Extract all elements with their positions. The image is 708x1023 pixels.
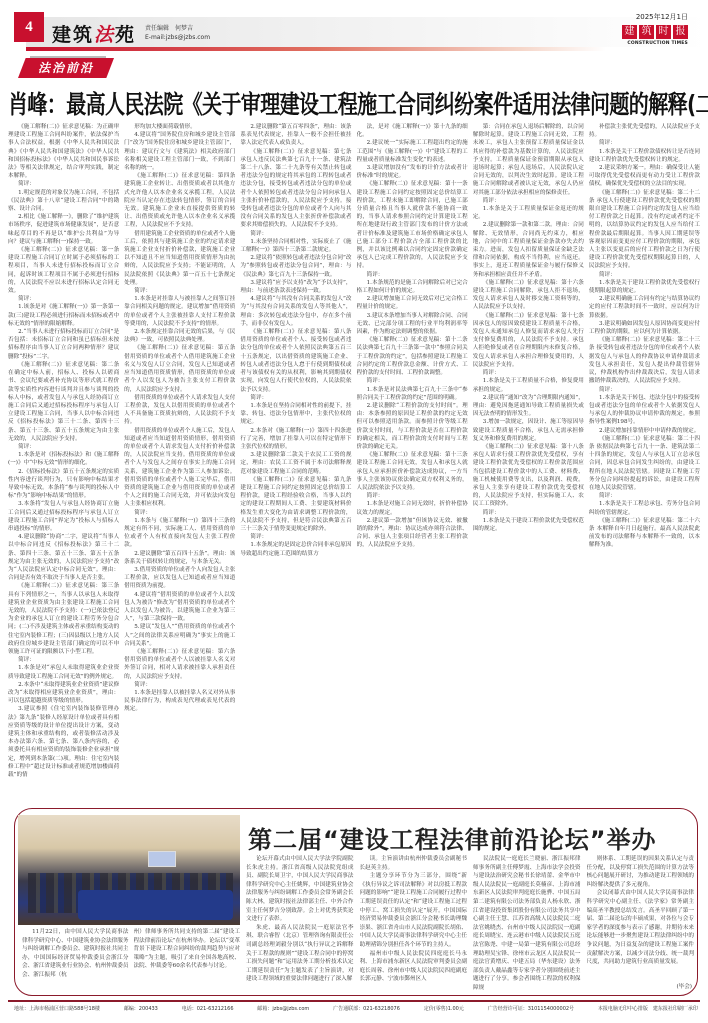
editor-info: 责任编辑 何梦吉 E-mail:jzbs@jzbs.com (145, 24, 210, 42)
caption-column: 州）律师事务所共同支持的第二届“建设工程法律前沿论坛”在杭州举办。论坛以“变革背… (134, 928, 241, 990)
section-title: 建筑法苑 (52, 20, 136, 47)
article-paragraph: 3.建议增加没有“发布的计价方法或者计价标准”时的规定。 (357, 164, 468, 180)
article-column: 第：合同在承包人退场后解除的，以合同解除时起算。建设工程施工合同无效，工程未竣工… (473, 123, 584, 778)
article-paragraph: 1.明定规范的对象仅为施工合同，不包括《民法典》第十八章“建设工程合同”中的勘察… (8, 189, 119, 214)
article-paragraph: 1.本条规范的是施工合同解除后对已完合格工程如何计价的规定。 (357, 279, 468, 295)
comment-label: 简评： (589, 139, 700, 147)
article-paragraph: 2.“当事人未进行招标投标而订立合同”是否包括：未招标订立合同和虽已招标但未按招… (8, 328, 119, 361)
article-paragraph: 《施工解释(二)》征求意见稿：第十六条 建设工程施工合同解除，承包人拒不退场，发… (473, 279, 584, 312)
article-paragraph: 4.建议将“与其没有合同关系的发包人”改为“与其没有合同关系的发包人等其他人”，… (240, 295, 351, 328)
forum-headline: 第二届“建设工程法律前沿论坛”举办 (248, 820, 657, 855)
photo-caption: 11月22日，由中国人民大学民商事法律科学研究中心、中国建筑业协会法律服务与纠纷… (22, 928, 240, 990)
article-body: 《施工解释(二)》征求意见稿：为正确审理建设工程施工合同纠纷案件，依法保护当事人… (8, 123, 700, 778)
article-paragraph: 2.建议删除“工程价款的支付时间”。理由：本条参照的原因是工程价款的约定无效但可… (357, 402, 468, 451)
comment-label: 简评： (124, 287, 235, 295)
article-column: 法，是对《施工解释(一)》第十九条的细化。2.建议统一“实际施工工程超出约定的施… (357, 123, 468, 778)
article-paragraph: 2.建议采纳方案一。理由：确保受让人能可取得优先受偿权而更有动力受让工程价款债权… (589, 164, 700, 189)
article-paragraph: 《施工解释(二)》征求意见稿：第二十六条 本解释自年月日起施行。最高人民法院此前… (589, 517, 700, 550)
comment-label: 简评： (589, 492, 700, 500)
article-paragraph: 《施工解释(二)》征求意见稿：第十二条 民法典第七百九十三条第一款中“参照合同关… (357, 336, 468, 377)
column-tag: 法治前沿 (18, 58, 114, 78)
comment-label: 简评： (473, 369, 584, 377)
section-title-part2: 苑 (115, 24, 136, 46)
article-paragraph: 2.本条中“未取得建筑业企业资质”建议修改为“未取得相应建筑业企业资质”，理由：… (8, 681, 119, 706)
forum-paragraph: 则体系、工期延误的因果关系认定与责任分配，以及停窝工损失范围的计算方法等核心问题… (587, 855, 695, 889)
article-paragraph: 《施工解释(二)》征求意见稿：第八条 借用资质的单位或者个人、接受转包或者违法分… (240, 328, 351, 394)
comment-label: 简评： (357, 377, 468, 385)
forum-column: 论坛开幕式由中国人民大学法学院副院长朱虎主持。浙江省高级人民法院党组成员、副院长… (246, 855, 354, 991)
article-paragraph: 1.本条与《施工解释(一)》第四十三条的规定有所不同，实际施工人、借用资质的单位… (124, 517, 235, 550)
article-paragraph: 1.本条是挂靠人以被挂靠人名义对外从事民事法律行为，构成表见代理或表见代表的规定… (124, 689, 235, 714)
article-paragraph: 1.本条是在坚持合同相对性的前提下，挂靠、转包、违法分包情形中，主张代位权的规定… (240, 402, 351, 427)
comment-label: 简评： (589, 271, 700, 279)
article-paragraph: 3.建议参照《住宅室内装饰装修管理办法》第九条“装修人经原设计单位或者具有相应资… (8, 705, 119, 778)
comment-label: 简评： (124, 681, 235, 689)
article-paragraph: 补偿款主张优先受偿的，人民法院应予支持。 (589, 123, 700, 139)
forum-paragraph: 主题分享环节分为三部分，围绕“新《执行异议之诉司法解释》对以房抵工程款问题的影响… (360, 872, 468, 949)
article-paragraph: 《施工解释(二)》征求意见稿：第十一条 建设工程施工合同约定按照固定总价结算工程… (357, 180, 468, 270)
article-paragraph: 借用资质的单位或者个人施工后，发包人知道或者应当知道借用资质情形，借用资质的单位… (124, 427, 235, 509)
logo-char: 报 (673, 25, 688, 39)
logo-char: 建 (622, 25, 637, 39)
article-paragraph: 1.本条是关于转包、违法分包中的接受转包或者违法分包的单位或者个人依据发包人与承… (589, 394, 700, 427)
article-paragraph: 《施工解释(二)》征求意见稿：第九条 建设工程施工合同约定按照固定总价结算工程价… (240, 476, 351, 533)
article-paragraph: 1.本条是对施工合同无效时，折价补偿协议效力的规定。 (357, 500, 468, 516)
comment-label: 简评： (240, 533, 351, 541)
forum-photo (18, 815, 240, 925)
article-paragraph: 3.建议明确如因发包人原因协商变更应付工程价款的期限，应以何为计算依据。 (589, 320, 700, 336)
article-paragraph: 3.建议删除第二款关于农民工工资的规定，理由：农民工工资不属于本司法解释规范对象… (240, 451, 351, 476)
article-paragraph: 借用资质的单位或者个人请求发包人支付工程价款，发包人以借用资质的单位或者个人不具… (124, 394, 235, 427)
article-paragraph: 《施工解释(二)》征求意见稿：第六条 借用资质的单位或者个人以被挂靠人名义对外签… (124, 648, 235, 681)
page-header: 4 建筑法苑 责任编辑 何梦吉 E-mail:jzbs@jzbs.com 202… (0, 0, 708, 60)
article-paragraph: 1.本条是关于工程总承包、劳务分包合同纠纷的管辖规定。 (589, 500, 700, 516)
article-paragraph: 1.该条是对《施工解释(一)》第一条第一款(三)建设工程必须进行招标而未招标或者… (8, 303, 119, 328)
comment-label: 简评： (8, 295, 119, 303)
forum-body: 论坛开幕式由中国人民大学法学院副院长朱虎主持。浙江省高级人民法院党组成员、副院长… (246, 855, 694, 991)
article-paragraph: 2.建议增加挂靠情形中申请仲裁的规定。 (589, 427, 700, 435)
editor-email: E-mail:jzbs@jzbs.com (145, 33, 210, 42)
article-column: 形均加大楼面荷载情形。4.建议将“国务院住房和城乡建设主管部门”改为“国务院住房… (124, 123, 235, 778)
page-footer: 地址：上海市杨浦区营口路588号18楼 邮编：200433 电话：021-632… (14, 1005, 698, 1012)
comment-label: 简评： (357, 271, 468, 279)
article-column: 2.建议删除“第五百零四条”，理由：该条系表见代表规定，挂靠人一般不会担任被挂靠… (240, 123, 351, 778)
article-column: 《施工解释(二)》征求意见稿：为正确审理建设工程施工合同纠纷案件，依法保护当事人… (8, 123, 119, 778)
article-paragraph: 2.建议将“通知”改为“合理期限内通知”，理由：避免因拖延通知导致工程质量损失或… (473, 394, 584, 419)
section-title-red: 法 (94, 24, 115, 46)
article-paragraph: 1.未条坚持合同相对性，实际废止了《施工解释(一)》第四十三条第二款规定。 (240, 238, 351, 254)
footer-email: 邮箱：jzbs@jzbs.com (257, 1005, 309, 1012)
article-paragraph: 2.建议删除“第五百四十五条”。理由：该条系关于债权转让的规定，与本条无关。 (124, 550, 235, 566)
article-paragraph: 形均加大楼面荷载情形。 (124, 123, 235, 131)
issue-date: 2025年12月1日 (636, 12, 688, 22)
article-paragraph: 2.建议删除第一款和第二款。理由：合同解除、无效情形，合同尚无约束力，相应地，合… (473, 221, 584, 278)
article-paragraph: 4.建议将“国务院住房和城乡建设主管部门”改为“国务院住房和城乡建设主管部门”，… (124, 131, 235, 172)
article-paragraph: 《施工解释(二)》征求意见稿：第一条 建设工程施工合同订立时属于必须招标的工程项… (8, 246, 119, 295)
logo-char: 时 (656, 25, 671, 39)
comment-label: 简评： (473, 197, 584, 205)
article-paragraph: 《施工解释(二)》征求意见稿：第五条 借用资质的单位或者个人借用建筑施工企业名义… (124, 344, 235, 393)
article-paragraph: 2.《招标投标法》第五十五条规定的实质性内容进行谈判行为，只有影响中标结果才导致… (8, 468, 119, 501)
article-paragraph: 《施工解释(二)》征求意见稿：第十三条 建设工程施工合同无效，发包人和承包人就承… (357, 451, 468, 492)
logo-english: CONSTRUCTION TIMES (627, 41, 688, 46)
article-paragraph: 3.增加一款规定，因设计、施工等原因导致建设工程质量不合格，承包人无需承担修复义… (473, 418, 584, 443)
article-paragraph: 3.本条将“发包人与承包人经协商订立施工合同后又通过招标投标程序与承包人订立建设… (8, 500, 119, 533)
article-paragraph: 《施工解释(二)》征求意见稿：第十八条 承包人请求行使工程价款优先受偿权，享有建… (473, 443, 584, 509)
comment-label: 简评： (124, 509, 235, 517)
article-paragraph: 1.本条是关于建设工程价款优先受偿权范围的规定。 (473, 517, 584, 533)
article-paragraph: 《施工解释(二)》征求意见稿：第三条 具有下列情形之一，当事人以承包人未取得建筑… (8, 582, 119, 656)
logo-char: 筑 (639, 25, 654, 39)
forum-paragraph: 读。主旨演讲由杭州仲裁委员会副秘书长赵英主持。 (360, 855, 468, 872)
article-paragraph: 1.本条是对挂靠人与被挂靠人之间签订挂靠合同相关问题的规定。建议增加“借用资质的… (124, 295, 235, 328)
article-paragraph: 《施工解释(二)》征求意见稿：第七条 承包人违反民法典第七百九十一条、建筑法第二… (240, 148, 351, 230)
article-paragraph: 《施工解释(二)》征求意见稿：第二十二条 承包人行使建设工程价款优先受偿权的期限… (589, 189, 700, 271)
comment-label: 简评： (240, 394, 351, 402)
article-paragraph: 《施工解释(二)》征求意见稿：第十七条 因承包人的原因致使建设工程质量不合格，发… (473, 312, 584, 369)
forum-paragraph: 民法院民一庭庭长兰晓丽、浙江振邦律师事务所副主任傅梦霞、上海市法学会投资与建设法… (473, 855, 581, 991)
column-tag-shadow (30, 56, 106, 58)
comment-label: 简评： (357, 492, 468, 500)
caption-column: 11月22日，由中国人民大学民商事法律科学研究中心、中国建筑业协会法律服务与纠纷… (22, 928, 129, 990)
article-paragraph: 3.建议本条增加当事人对解除合同、合同无效、已完部分项工程的行业平均利润率等因素… (357, 312, 468, 337)
article-paragraph: 2.建议统一“实际施工工程超出约定的施工范围”与《施工解释(一)》中“建设工程的… (357, 139, 468, 164)
article-paragraph: 借用建筑施工企业资质的单位或者个人施工后，依照其与建筑施工企业的约定请求建筑施工… (124, 230, 235, 287)
comment-label: 简评： (240, 230, 351, 238)
comment-label: 简评： (589, 386, 700, 394)
article-paragraph: 1.本条是关于工程价款债权转让是否连同建设工程价款优先受偿权转让的规定。 (589, 148, 700, 164)
article-paragraph: 1.本条是关于建设工程价款优先受偿权行使期限起算的规定。 (589, 279, 700, 295)
footer-address: 地址：上海市杨浦区营口路588号18楼 (14, 1005, 100, 1012)
forum-paragraph: 论坛开幕式由中国人民大学法学院副院长朱虎主持。浙江省高级人民法院党组成员、副院长… (246, 855, 354, 924)
article-paragraph: 1.本条是关于工程质量不合格，修复费用承担的规定。 (473, 377, 584, 393)
article-paragraph: 《施工解释(二)》征求意见稿：第四条 建筑施工企业转让、出借资质或者以其他方式允… (124, 172, 235, 229)
footer-phone: 电话：021-63212166 (182, 1005, 234, 1012)
newspaper-logo: 建 筑 时 报 (622, 25, 688, 39)
article-paragraph: 4.建议删除“协商”二字，建议将“当事人以中标合同违反《招标投标法》第三十二条、… (8, 533, 119, 582)
forum-column: 读。主旨演讲由杭州仲裁委员会副秘书长赵英主持。主题分享环节分为三部分，围绕“新《… (360, 855, 468, 991)
footer-ad-license: 广告经营许可证：3101154000002号 (488, 1005, 574, 1012)
article-paragraph: 1.本条是关于工程质量保证金返还的规定。 (473, 205, 584, 221)
forum-paragraph: 福州市中级人民法院民四庭庭长马永利、上海市浦东新区人民法院审判委员会副庭长周蓉、… (360, 950, 468, 984)
article-paragraph: 《施工解释(二)》征求意见稿：为正确审理建设工程施工合同纠纷案件，依法保护当事人… (8, 123, 119, 180)
article-paragraph: 4.建议将“借用资质的单位或者个人以发包人为被告”修改为“借用资质的单位或者个人… (124, 591, 235, 624)
article-paragraph: 2.建议将“依照转包或者违法分包合同”改为“参照转包或者违法分包合同”，理由：与… (240, 254, 351, 279)
footer-line (8, 1000, 700, 1002)
article-column: 补偿款主张优先受偿的，人民法院应予支持。简评：1.本条是关于工程价款债权转让是否… (589, 123, 700, 778)
article-paragraph: 2.建议第一款增加“但该协议无效、被撤销的除外”。理由：协议达成亦须符合法律、合… (357, 517, 468, 550)
article-paragraph: 2.相比《施工解释一》，删除了“维护建筑市场秩序，促进建筑市场健康发展”，是否意… (8, 213, 119, 246)
footer-price: 定价(零售)1.00元 (424, 1005, 464, 1012)
article-paragraph: 1.本条是对《招标投标法》和《施工解释(一)》中“中标无效”情形的细化。 (8, 451, 119, 467)
footer-ad-phone: 广告通联部：021-63218076 (333, 1005, 400, 1012)
article-paragraph: 5.建议“发包人”“借用资质的单位或者个人”之间的法律关系应明确为“事实上的施工… (124, 623, 235, 648)
article-paragraph: 3.借用资质的单位或者个人向发包人主张工程价款，应以发包人已知道或者应当知道借用… (124, 566, 235, 591)
article-paragraph: 2.建议明确施工合同有约定与结算协议约定的应付工程款时间不一致时，应以何为计算依… (589, 295, 700, 320)
comment-label: 简评： (473, 509, 584, 517)
article-paragraph: 2.本条对《施工解释(一)》第四十四条进行了完善，增加了挂靠人可以在特定情形下主… (240, 427, 351, 452)
conference-table (78, 890, 233, 920)
article-paragraph: 第：合同在承包人退场后解除的，以合同解除时起算。建设工程施工合同无效，工程未竣工… (473, 123, 584, 197)
footer-printer: 本报电脑无印中心排版 建东报社印刷厂承印 (598, 1005, 698, 1012)
article-paragraph: 1.本条规定的是固定总价合同非承包原因导致超出约定施工范围的结算方 (240, 541, 351, 557)
article-paragraph: 2.建议删除“第五百零四条”，理由：该条系表见代表规定，挂靠人一般不会担任被挂靠… (240, 123, 351, 148)
comment-label: 简评： (8, 443, 119, 451)
article-paragraph: 《施工解释(二)》征求意见稿：第二条 在确定中标人前，招标人、投标人以磋商书、会… (8, 361, 119, 443)
comment-label: 简评： (8, 656, 119, 664)
section-title-part1: 建筑 (52, 24, 94, 46)
header-red-line (26, 47, 606, 51)
editor-name: 责任编辑 何梦吉 (145, 24, 210, 33)
forum-column: 民法院民一庭庭长兰晓丽、浙江振邦律师事务所副主任傅梦霞、上海市法学会投资与建设法… (473, 855, 581, 991)
footer-postcode: 邮编：200433 (124, 1005, 158, 1012)
article-paragraph: 3.建议将“应予以支持”改为“予以支持”，理由：与前述条款表述保持一致。 (240, 279, 351, 295)
forum-column: 则体系、工期延误的因果关系认定与责任分配，以及停窝工损失范围的计算方法等核心问题… (587, 855, 695, 991)
article-paragraph: 1.本条是对“承包人未取得建筑业企业资质导致建设工程施工合同无效”的例外规定。 (8, 664, 119, 680)
forum-paragraph: 朱虎、最高人民法院民一庭原法官李琪、联合睿智（北京）管理咨询有限责任公司副总经理… (246, 924, 354, 984)
forum-paragraph: 会议闭幕式由中国人民大学民商事法律科学研究中心副主任、《法学家》常务副主编高圣平… (587, 889, 695, 966)
article-author-note: (毕会) (676, 982, 692, 990)
article-paragraph: 1.本条是对民法典第七百九十三条中“参照合同关于工程价款的约定”范围的明确。 (357, 386, 468, 402)
article-paragraph: 法，是对《施工解释(一)》第十九条的细化。 (357, 123, 468, 139)
comment-label: 简评： (8, 180, 119, 188)
article-paragraph: 2.本条规定挂靠合同无效的后果，与《民法典》一致，可依照民法典处理。 (124, 328, 235, 344)
page-number: 4 (14, 12, 44, 42)
projector-screen (148, 851, 176, 867)
article-paragraph: 《施工解释(二)》征求意见稿：第二十三条 接受转包或者违法分包的单位或者个人依据… (589, 336, 700, 385)
article-headline: 肖峰：最高人民法院《关于审理建设工程施工合同纠纷案件适用法律问题的解释(二)》征… (8, 84, 700, 120)
article-paragraph: 2.建议增加施工合同无效后对已完合格工程量计价的规定。 (357, 295, 468, 311)
article-paragraph: 《施工解释(二)》征求意见稿：第二十四条 依据民法典第七百九十一条、建筑法第二十… (589, 435, 700, 492)
